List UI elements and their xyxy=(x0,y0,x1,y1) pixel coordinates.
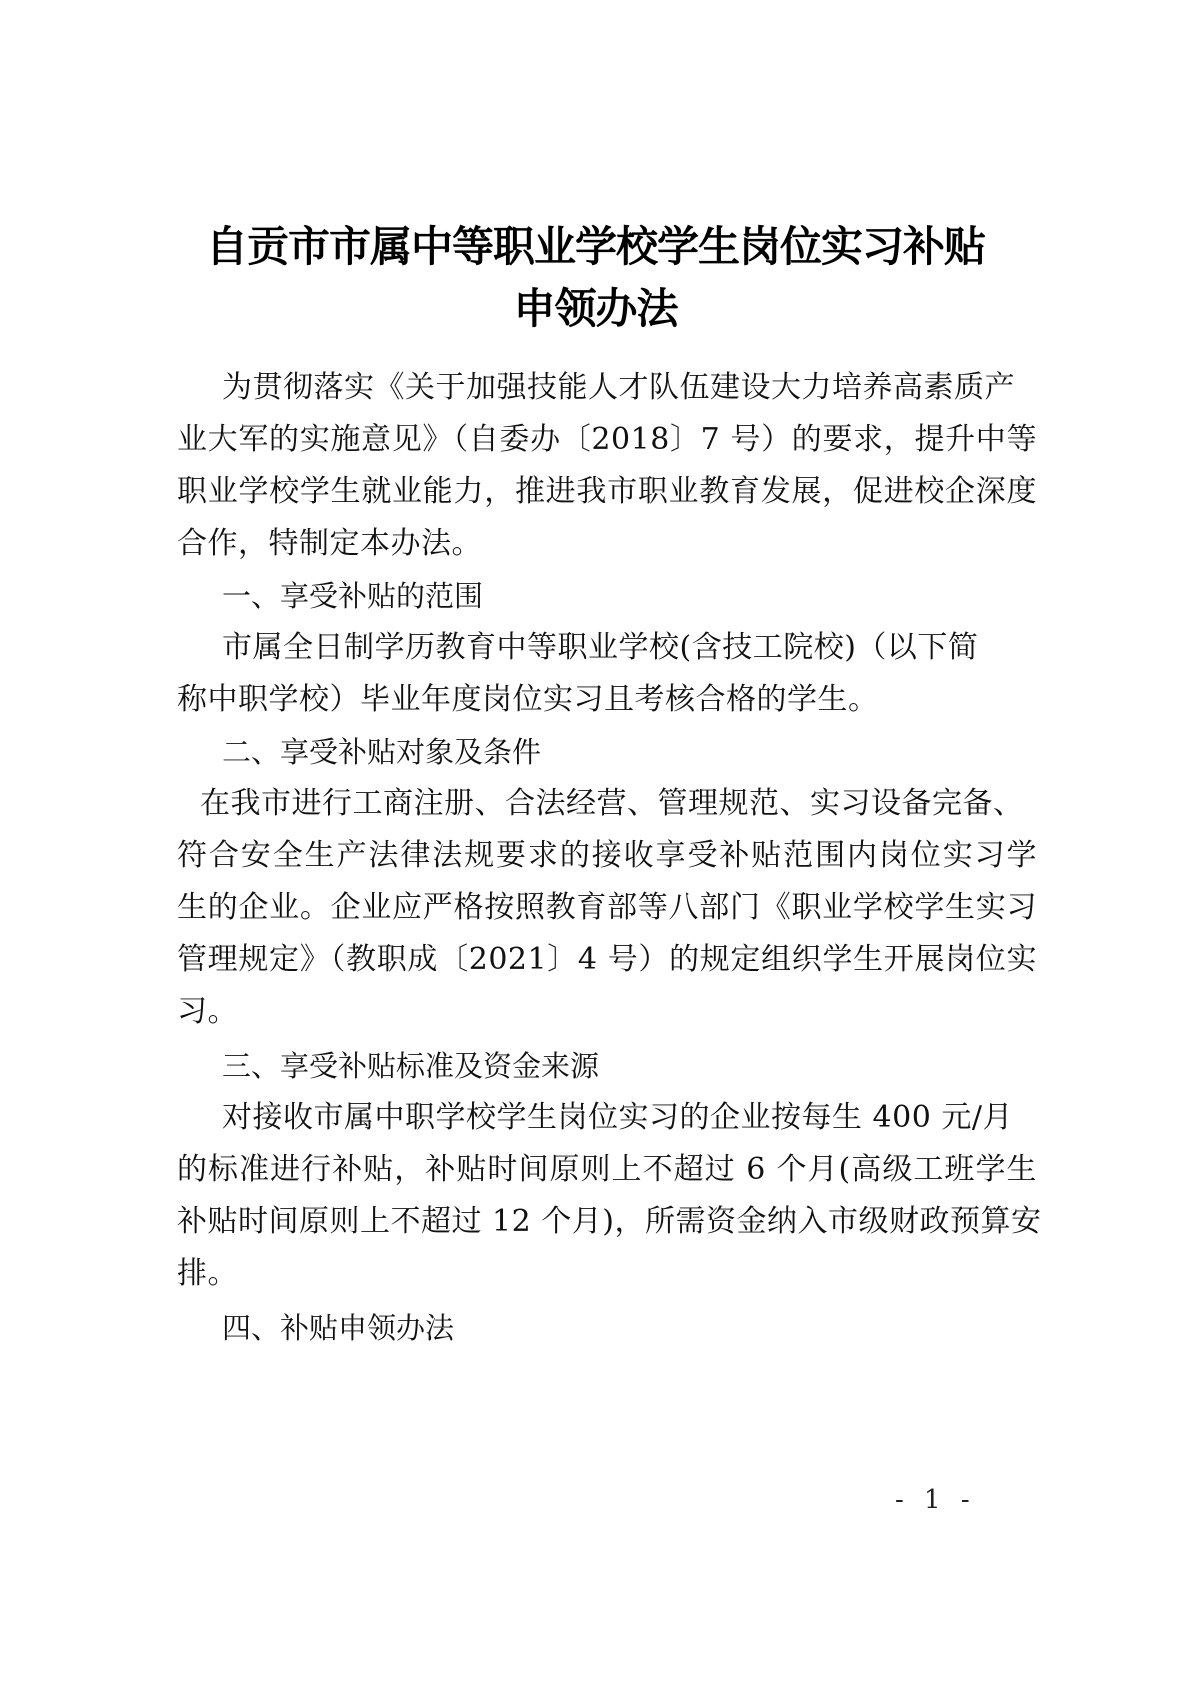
section-3-line-2: 的标准进行补贴，补贴时间原则上不超过 6 个月(高级工班学生 xyxy=(177,1150,1037,1190)
section-1-line-2: 称中职学校）毕业年度岗位实习且考核合格的学生。 xyxy=(177,680,1037,720)
intro-line-2: 业大军的实施意见》（自委办〔2018〕7 号）的要求，提升中等 xyxy=(177,420,1037,460)
intro-line-3: 职业学校学生就业能力，推进我市职业教育发展，促进校企深度 xyxy=(177,472,1037,512)
section-heading-4: 四、补贴申领办法 xyxy=(222,1308,454,1348)
section-heading-2: 二、享受补贴对象及条件 xyxy=(222,732,541,772)
page-number: - 1 - xyxy=(895,1480,976,1520)
section-heading-3: 三、享受补贴标准及资金来源 xyxy=(222,1046,599,1086)
section-2-line-1: 在我市进行工商注册、合法经营、管理规范、实习设备完备、 xyxy=(200,784,1037,824)
section-3-line-3: 补贴时间原则上不超过 12 个月)，所需资金纳入市级财政预算安 xyxy=(177,1202,1037,1242)
section-2-line-5: 习。 xyxy=(177,992,1037,1032)
document-title-line-1: 自贡市市属中等职业学校学生岗位实习补贴 xyxy=(150,214,1041,274)
section-3-line-1: 对接收市属中职学校学生岗位实习的企业按每生 400 元/月 xyxy=(222,1098,1082,1138)
intro-line-1: 为贯彻落实《关于加强技能人才队伍建设大力培养高素质产 xyxy=(222,368,1082,408)
document-page: 自贡市市属中等职业学校学生岗位实习补贴 申领办法 为贯彻落实《关于加强技能人才队… xyxy=(0,0,1191,1684)
intro-line-4: 合作，特制定本办法。 xyxy=(177,524,1037,564)
section-1-line-1: 市属全日制学历教育中等职业学校(含技工院校)（以下简 xyxy=(222,628,1082,668)
section-heading-1: 一、享受补贴的范围 xyxy=(222,576,483,616)
section-2-line-4: 管理规定》（教职成〔2021〕4 号）的规定组织学生开展岗位实 xyxy=(177,940,1037,980)
section-2-line-3: 生的企业。企业应严格按照教育部等八部门《职业学校学生实习 xyxy=(177,888,1037,928)
section-3-line-4: 排。 xyxy=(177,1254,1037,1294)
document-title-line-2: 申领办法 xyxy=(150,276,1041,336)
section-2-line-2: 符合安全生产法律法规要求的接收享受补贴范围内岗位实习学 xyxy=(177,836,1037,876)
